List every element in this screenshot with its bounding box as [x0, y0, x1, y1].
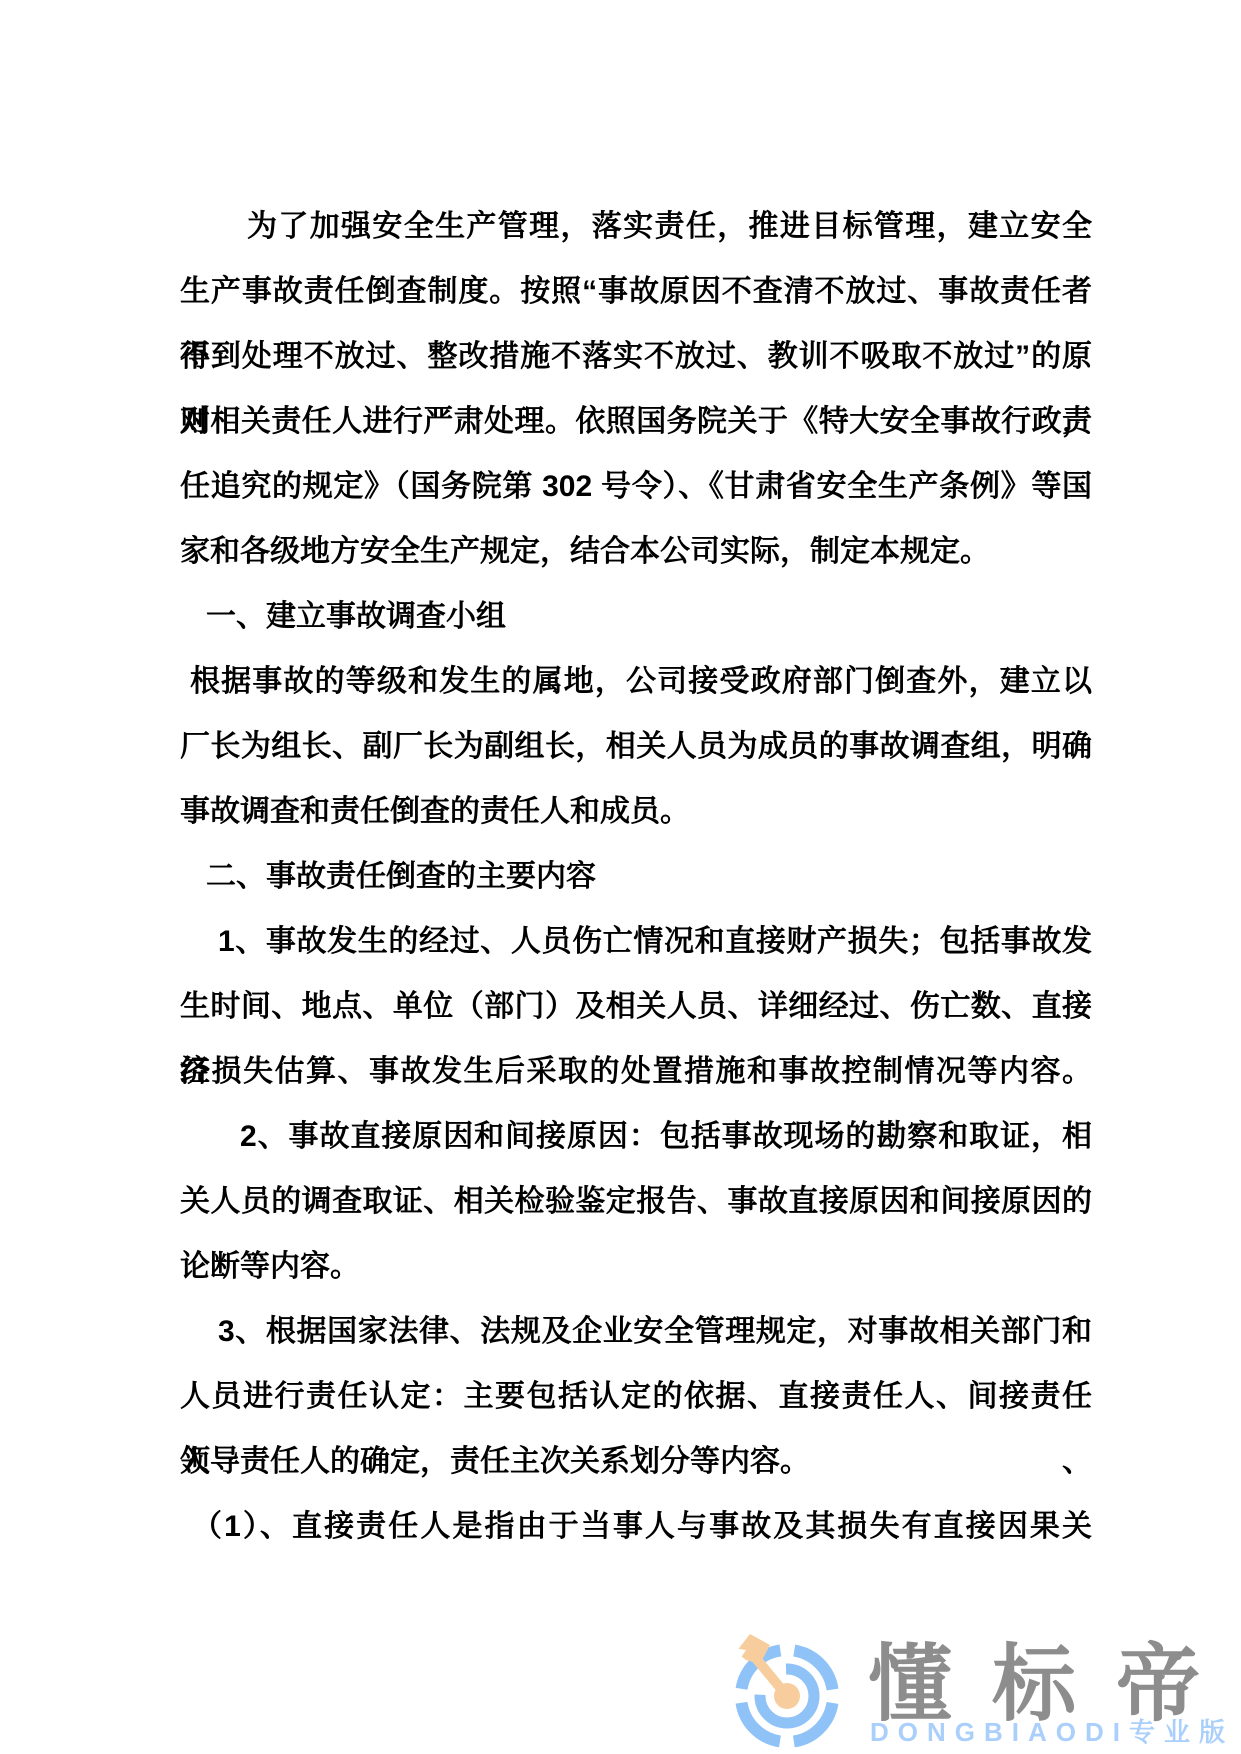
doc-line: 事故调查和责任倒查的责任人和成员。: [180, 779, 1092, 844]
doc-line: 对相关责任人进行严肃处理。依照国务院关于《特大安全事故行政责: [180, 389, 1092, 454]
doc-line: 济损失估算、事故发生后采取的处置措施和事故控制情况等内容。: [180, 1039, 1092, 1104]
doc-heading-2: 二、事故责任倒查的主要内容: [180, 844, 1092, 909]
doc-line: 人员进行责任认定：主要包括认定的依据、直接责任人、间接责任人、: [180, 1364, 1092, 1429]
doc-line: （1）、直接责任人是指由于当事人与事故及其损失有直接因果关: [180, 1494, 1092, 1559]
watermark-brand-en: DONGBIAODI: [870, 1717, 1129, 1747]
doc-line: 生时间、地点、单位（部门）及相关人员、详细经过、伤亡数、直接经: [180, 974, 1092, 1039]
doc-line: 任追究的规定》（国务院第 302 号令）、《甘肃省安全生产条例》等国: [180, 454, 1092, 519]
watermark-brand-cn: 懂标帝: [868, 1642, 1240, 1726]
doc-heading-1: 一、建立事故调查小组: [180, 584, 1092, 649]
doc-line: 家和各级地方安全生产规定，结合本公司实际，制定本规定。: [180, 519, 1092, 584]
document-page: 为了加强安全生产管理，落实责任，推进目标管理，建立安全 生产事故责任倒查制度。按…: [0, 0, 1241, 1754]
watermark-brand-sub: DONGBIAODI专业版: [870, 1718, 1234, 1747]
doc-line: 1、事故发生的经过、人员伤亡情况和直接财产损失；包括事故发: [180, 909, 1092, 974]
document-body: 为了加强安全生产管理，落实责任，推进目标管理，建立安全 生产事故责任倒查制度。按…: [180, 194, 1092, 1559]
dongbiaodi-target-logo-icon: [730, 1630, 844, 1754]
watermark: 懂标帝 DONGBIAODI专业版: [728, 1626, 1241, 1754]
doc-line: 3、根据国家法律、法规及企业安全管理规定，对事故相关部门和: [180, 1299, 1092, 1364]
watermark-edition: 专业版: [1129, 1717, 1234, 1747]
doc-line: 关人员的调查取证、相关检验鉴定报告、事故直接原因和间接原因的: [180, 1169, 1092, 1234]
doc-line: 生产事故责任倒查制度。按照“事故原因不查清不放过、事故责任者得: [180, 259, 1092, 324]
doc-line: 厂长为组长、副厂长为副组长，相关人员为成员的事故调查组，明确: [180, 714, 1092, 779]
doc-line: 根据事故的等级和发生的属地，公司接受政府部门倒查外，建立以: [180, 649, 1092, 714]
doc-line: 为了加强安全生产管理，落实责任，推进目标管理，建立安全: [180, 194, 1092, 259]
doc-line: 论断等内容。: [180, 1234, 1092, 1299]
doc-line: 2、事故直接原因和间接原因：包括事故现场的勘察和取证，相: [180, 1104, 1092, 1169]
doc-line: 不到处理不放过、整改措施不落实不放过、教训不吸取不放过”的原则，: [180, 324, 1092, 389]
